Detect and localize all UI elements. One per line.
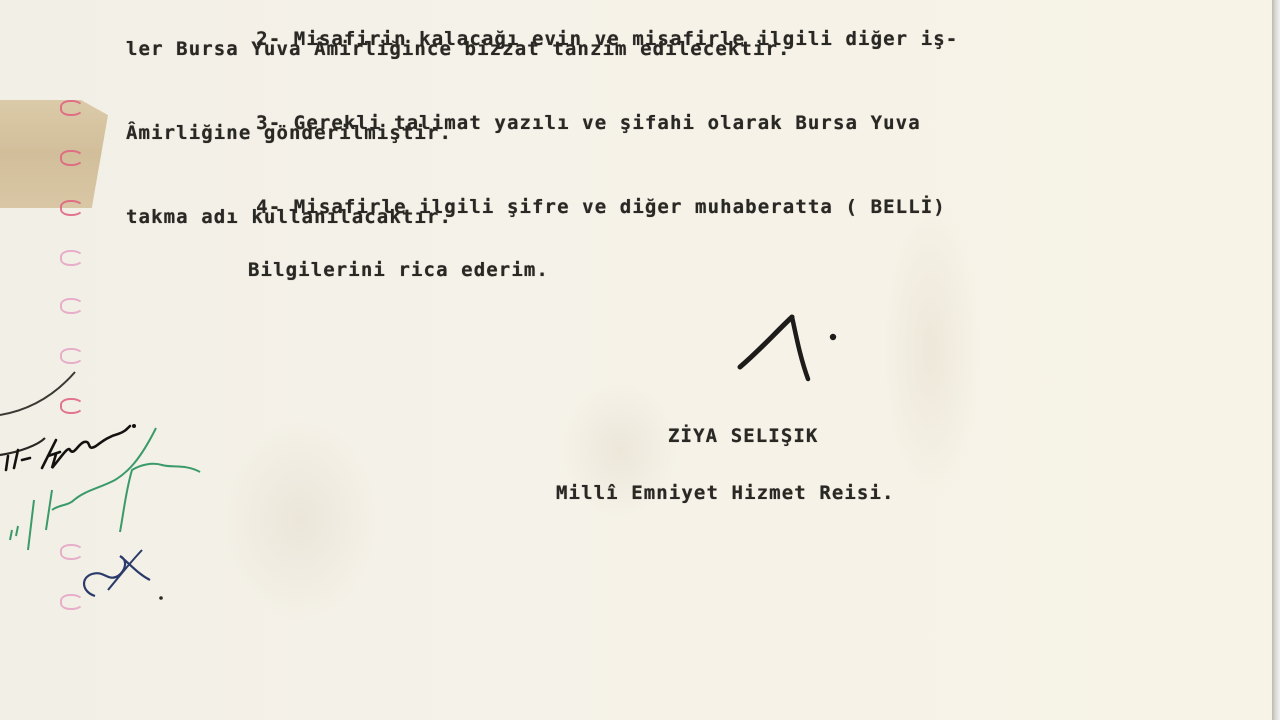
paragraph-2-line-2: ler Bursa Yuva Âmirliğince bizzat tanzim… xyxy=(126,38,791,60)
signatory-title: Millî Emniyet Hizmet Reisi. xyxy=(556,482,895,504)
document-page: 2- Misafirin kalacağı evin ve misafirle … xyxy=(0,0,1272,720)
punch-hole-icon xyxy=(60,100,84,116)
adhesive-tape xyxy=(0,100,108,208)
signature-mark xyxy=(730,305,850,390)
punch-hole-icon xyxy=(60,150,84,166)
signatory-name: ZİYA SELIŞIK xyxy=(668,425,818,447)
paragraph-3-line-2: Âmirliğine gönderilmiştir. xyxy=(126,122,452,144)
punch-hole-icon xyxy=(60,200,84,216)
paper-stain xyxy=(220,420,380,620)
closing-line: Bilgilerini rica ederim. xyxy=(248,259,549,281)
margin-handwriting xyxy=(0,360,220,620)
page-edge xyxy=(1272,0,1280,720)
punch-hole-icon xyxy=(60,298,84,314)
paragraph-4-line-2: takma adı kullanılacaktır. xyxy=(126,206,452,228)
paper-stain xyxy=(880,200,980,500)
punch-hole-icon xyxy=(60,250,84,266)
